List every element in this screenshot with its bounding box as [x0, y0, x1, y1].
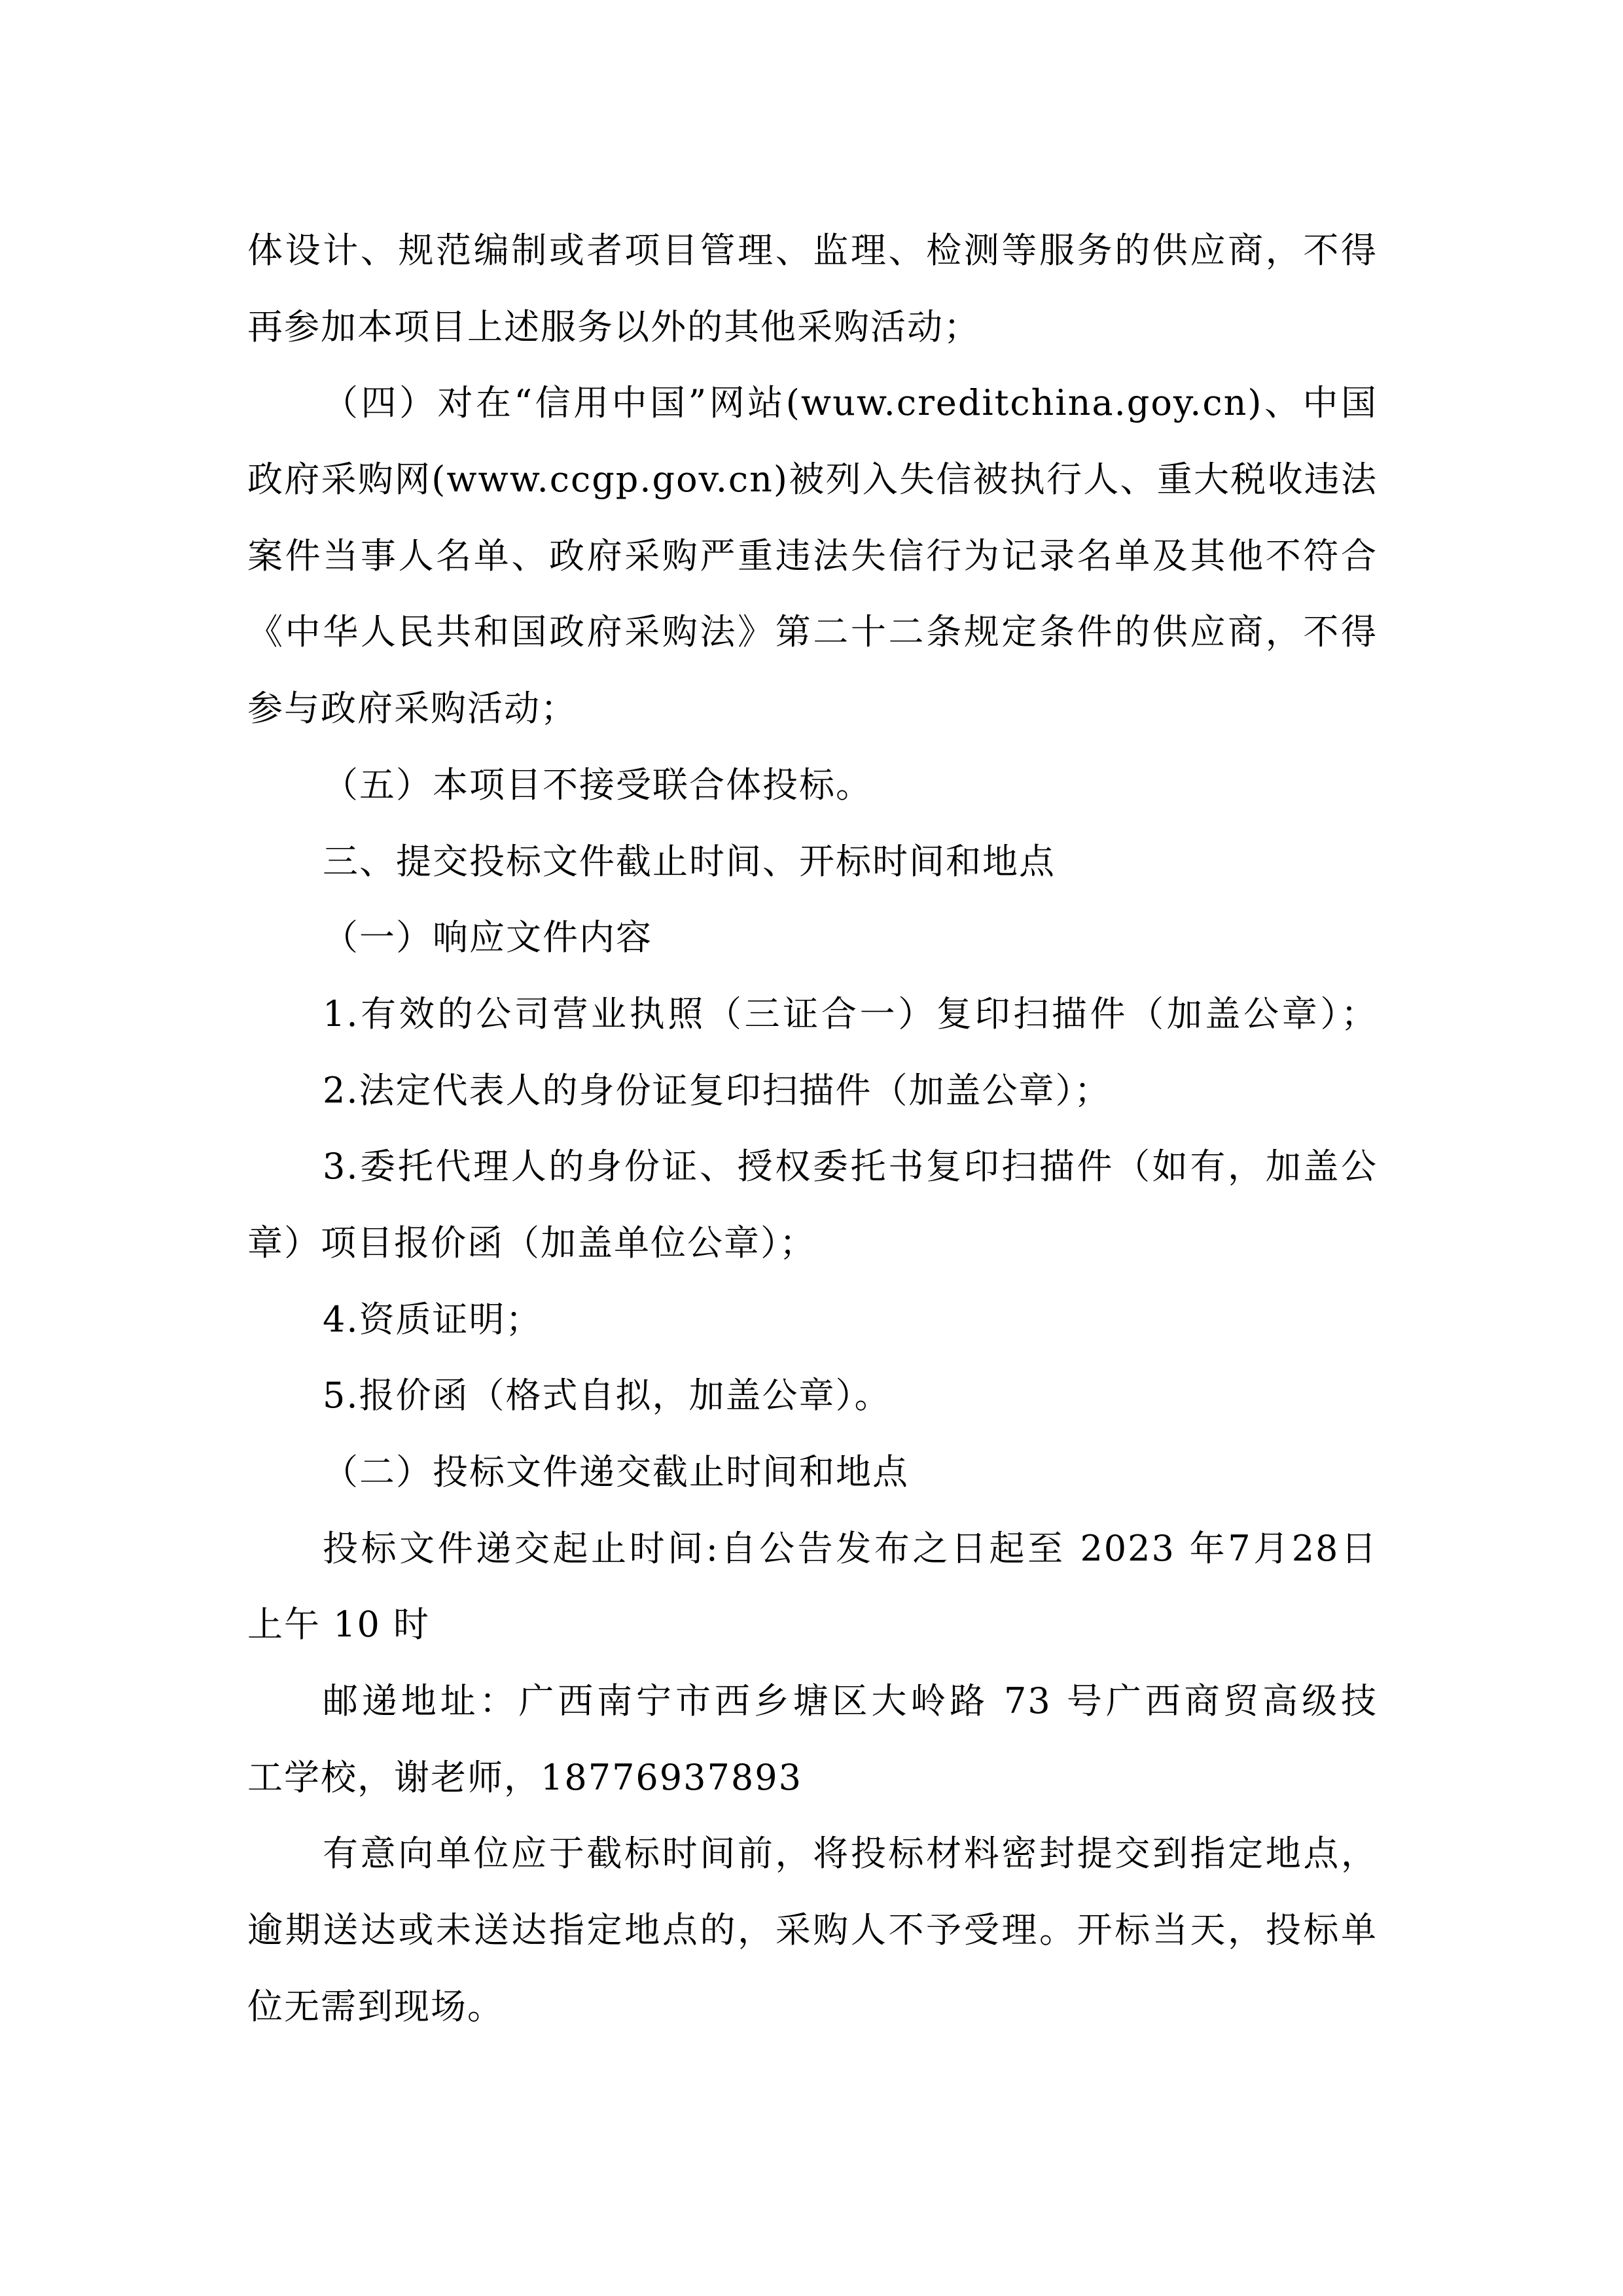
notice-line-3: 位无需到现场。: [247, 1969, 1378, 2045]
section-three-heading: 三、提交投标文件截止时间、开标时间和地点: [247, 824, 1378, 900]
list-item-4: 4.资质证明；: [247, 1282, 1378, 1358]
document-page: 体设计、规范编制或者项目管理、监理、检测等服务的供应商，不得 再参加本项目上述服…: [247, 213, 1378, 2045]
text-line-7: 参与政府采购活动；: [247, 671, 1378, 747]
list-item-5: 5.报价函（格式自拟，加盖公章）。: [247, 1358, 1378, 1434]
submission-deadline-line: 投标文件递交起止时间:自公告发布之日起至 2023 年7月28日: [247, 1511, 1378, 1587]
submission-deadline-time: 上午 10 时: [247, 1587, 1378, 1663]
list-item-3-continued: 章）项目报价函（加盖单位公章）；: [247, 1205, 1378, 1282]
notice-line-2: 逾期送达或未送达指定地点的，采购人不予受理。开标当天，投标单: [247, 1892, 1378, 1969]
item-five-line: （五）本项目不接受联合体投标。: [247, 747, 1378, 824]
text-line-1: 体设计、规范编制或者项目管理、监理、检测等服务的供应商，不得: [247, 213, 1378, 289]
list-item-1: 1.有效的公司营业执照（三证合一）复印扫描件（加盖公章）；: [247, 976, 1378, 1053]
mailing-contact-line: 工学校，谢老师，18776937893: [247, 1740, 1378, 1816]
subsection-one-heading: （一）响应文件内容: [247, 900, 1378, 976]
list-item-3: 3.委托代理人的身份证、授权委托书复印扫描件（如有，加盖公: [247, 1129, 1378, 1205]
list-item-2: 2.法定代表人的身份证复印扫描件（加盖公章）；: [247, 1053, 1378, 1129]
text-line-4: 政府采购网(www.ccgp.gov.cn)被列入失信被执行人、重大税收违法: [247, 442, 1378, 518]
text-line-6: 《中华人民共和国政府采购法》第二十二条规定条件的供应商，不得: [247, 594, 1378, 671]
text-line-2: 再参加本项目上述服务以外的其他采购活动；: [247, 289, 1378, 366]
notice-line-1: 有意向单位应于截标时间前，将投标材料密封提交到指定地点，: [247, 1816, 1378, 1892]
text-line-5: 案件当事人名单、政府采购严重违法失信行为记录名单及其他不符合: [247, 518, 1378, 595]
mailing-address-line: 邮递地址：广西南宁市西乡塘区大岭路 73 号广西商贸高级技: [247, 1663, 1378, 1740]
item-four-line: （四）对在“信用中国”网站(wuw.creditchina.goy.cn)、中国: [247, 365, 1378, 442]
subsection-two-heading: （二）投标文件递交截止时间和地点: [247, 1434, 1378, 1511]
